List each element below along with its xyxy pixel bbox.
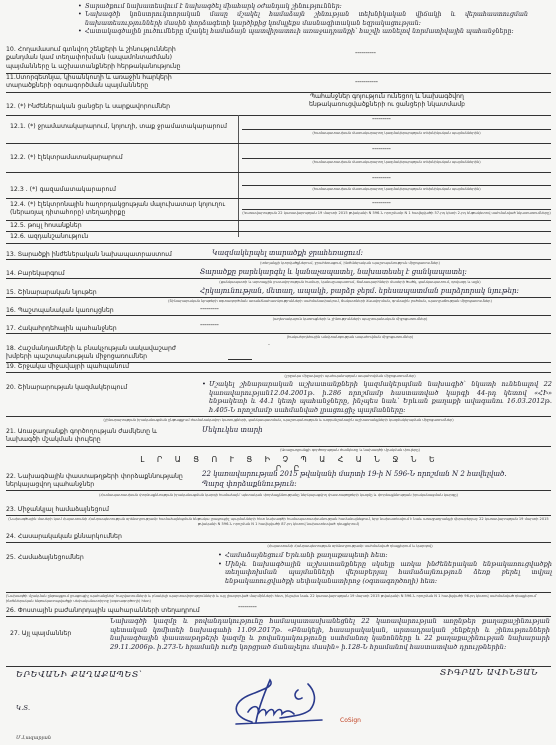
intro-bullet: Տարածքում նախատեսվում է նախագծել միահարկ… [78,3,528,11]
section-12-6-label: 12.6. ազդանշանություն [10,233,230,241]
signature-icon [222,672,352,732]
section-12-1-hint: (համապատասխան մատակարարող կազմակերպությա… [242,131,551,136]
column-divider [238,115,239,237]
divider [6,515,551,516]
executor-name: Մ.Լազարյան [16,735,51,741]
section-23-label: 23. Միջանկյալ համաձայնեցում [6,506,206,514]
section-15-value: Հրկայունության, մետաղ, ապակի, բարձր ջերմ… [200,287,550,296]
divider [242,158,551,159]
divider [6,231,551,232]
section-13-hint: (տեղանքի կտրվածքներում, ջրահեռացում, ինժ… [200,261,500,266]
section-12-1-value: --------- [372,115,391,123]
section-16-value: --------- [200,305,219,313]
intro-bullet: Նախագծի կոնստրուկտորական մասը մշակել համ… [78,11,528,28]
section-17-hint: (հակահրդեհային անվտանգության ապահովման մ… [200,335,500,340]
section-19-label: 19. Շրջակա միջավայրի պահպանում [6,363,196,371]
seal-mark: Կ.Տ. [16,704,30,712]
section-10-label: 10. Հողամասում գտնվող շենքերի և շինությո… [6,46,206,71]
divider [242,209,551,210]
divider [6,333,551,334]
divider [6,243,551,244]
section-22-hint: (Համապատասխան փորձաքննության իրականացման… [6,493,551,498]
divider [6,315,551,316]
section-19-dash [228,359,252,360]
section-12-3-value: --------- [372,174,391,182]
section-12-label: 12. (*) Ինժեներական ցանցեր և սարքավորում… [6,103,236,111]
document-page: Տարածքում նախատեսվում է նախագծել միահարկ… [0,0,556,745]
section-26-value: --------- [238,603,257,611]
section-21-hint: (Առաջադրանքի գործողության ժամկետը և նախա… [200,448,500,453]
section-12-2-hint: (համապատասխան մատակարարող կազմակերպությա… [242,160,551,165]
section-15-hint: (Շինարարական նյութերի օգտագործման առանձն… [110,299,550,304]
section-25-bullet: Համաձայնեցում Երևանի քաղաքապետի հետ: [218,551,552,560]
section-11-label: 11.Ստորգետնյա, կիսանկուղի և առաջին հարկե… [6,74,206,91]
section-20-bullet: Մշակել շինարարական աշխատանքների կազմակեր… [202,380,552,414]
section-11-value: ----------- [355,78,378,86]
divider [6,297,551,298]
signatory-name: ՏԻԳՐԱՆ ԱՎԻՆՅԱՆ [440,668,538,678]
section-27-label: 27. Այլ պայմաններ [10,630,110,638]
section-12-1-label: 12.1. (*) ջրամատակարարում, կոյուղի, տաք … [10,123,230,131]
section-14-value: Տարածքը բարեկարգել և կանաչապատել, նախատե… [200,268,550,277]
divider [6,416,551,417]
divider [6,592,551,593]
section-18-label: 18. Հաշմանդամների և բնակչության սակավաշա… [6,345,196,362]
section-25-values: Համաձայնեցում Երևանի քաղաքապետի հետ: Մին… [218,551,552,585]
section-21-label: 21. Առաջադրանքի գործողության ժամկետը և ն… [6,428,176,445]
section-25-label: 25. Համաձայնեցումներ [6,554,186,562]
section-24-label: 24. Հասարակական քննարկումներ [6,533,206,541]
divider [6,115,551,116]
cosign-logo: CoSign [340,717,361,724]
section-12-4-hint: (Կառավարության 22 կառավարության 19 մարտի… [242,211,551,216]
section-18-value: . [268,340,270,348]
section-12-3-label: 12.3 . (*) գազամատակարարում [10,186,230,194]
divider [6,666,551,667]
section-26-label: 26. Փոստային բաժանորդային պահարանների տե… [6,607,226,615]
section-23-hint: (Նախագծային մասերի կամ Հայաստանի Հանրապե… [6,517,551,527]
section-12-3-hint: (համապատասխան մատակարարող կազմակերպությա… [242,187,551,192]
section-17-value: --------- [200,321,219,329]
section-20-label: 20. Շինարարության կազմակերպում [6,384,186,392]
section-22-value-line1: 22 կառավարության 2015 թվականի մարտի 19-ի… [202,470,552,479]
section-12-4-label: 12.4. (*) էլեկտրոնային հաղորդակցության մ… [10,201,235,218]
section-13-value: Կազմակերպել տարածքի ջրահեռացում: [212,249,542,258]
section-12-5-label: 12.5. թույլ հոսանքներ [10,222,230,230]
section-19-hint: (շրջակա միջավայրի պահպանության ապահովման… [200,374,500,379]
section-21-value: Մեկուկես տարի [202,426,263,435]
divider [6,198,551,199]
mayor-title: ԵՐԵՎԱՆԻ ՔԱՂԱՔԱՊԵՏ՝ [16,670,142,680]
section-25-hint: (Նախագծի մշակման ընթացքում լրացուցիչ պահ… [6,594,551,604]
divider [6,490,551,491]
section-16-hint: (աղետակայուն կառուցների և շինությունների… [200,317,500,322]
divider [6,172,551,173]
divider [6,259,551,260]
section-12-2-label: 12.2. (*) էլեկտրամատակարարում [10,154,230,162]
section-12-right-header: Պահանջներ գոյություն ունեցող և նախագծվող… [292,93,482,110]
divider [6,446,551,447]
section-10-value: ---------- [355,49,376,57]
section-14-hint: (ցանկապատի և արտաքին լուսավորության համա… [150,280,550,285]
divider [6,143,551,144]
section-20-value: Մշակել շինարարական աշխատանքների կազմակեր… [202,380,552,414]
intro-bullet: Հատակագծային լուծումները մշակել համաձայն… [78,28,528,36]
section-20-hint: (շինարարության իրականացման ընթացքում ժամ… [6,418,551,423]
section-12-4-value: --------- [372,199,391,207]
section-27-value: Նախագծի կազմը և բովանդակությունը համապատ… [110,617,550,652]
section-24-hint: (Հայաստանի Հանրապետության օրենսդրությամբ… [200,544,500,549]
section-22-value-line2: Պարզ փորձաքննություն: [202,480,552,489]
divider [6,220,551,221]
intro-bullets: Տարածքում նախատեսվում է նախագծել միահարկ… [78,3,528,36]
divider [242,185,551,186]
section-25-bullet: Մինչև նախագծային աշխատանքները սկսելը առկ… [218,560,552,586]
section-22-label: 22. Նախագծային փաստաթղթերի փորձաքննությա… [6,473,186,490]
divider [6,372,551,373]
divider [6,278,551,279]
section-12-2-value: --------- [372,145,391,153]
divider [6,542,551,543]
divider [242,129,551,130]
